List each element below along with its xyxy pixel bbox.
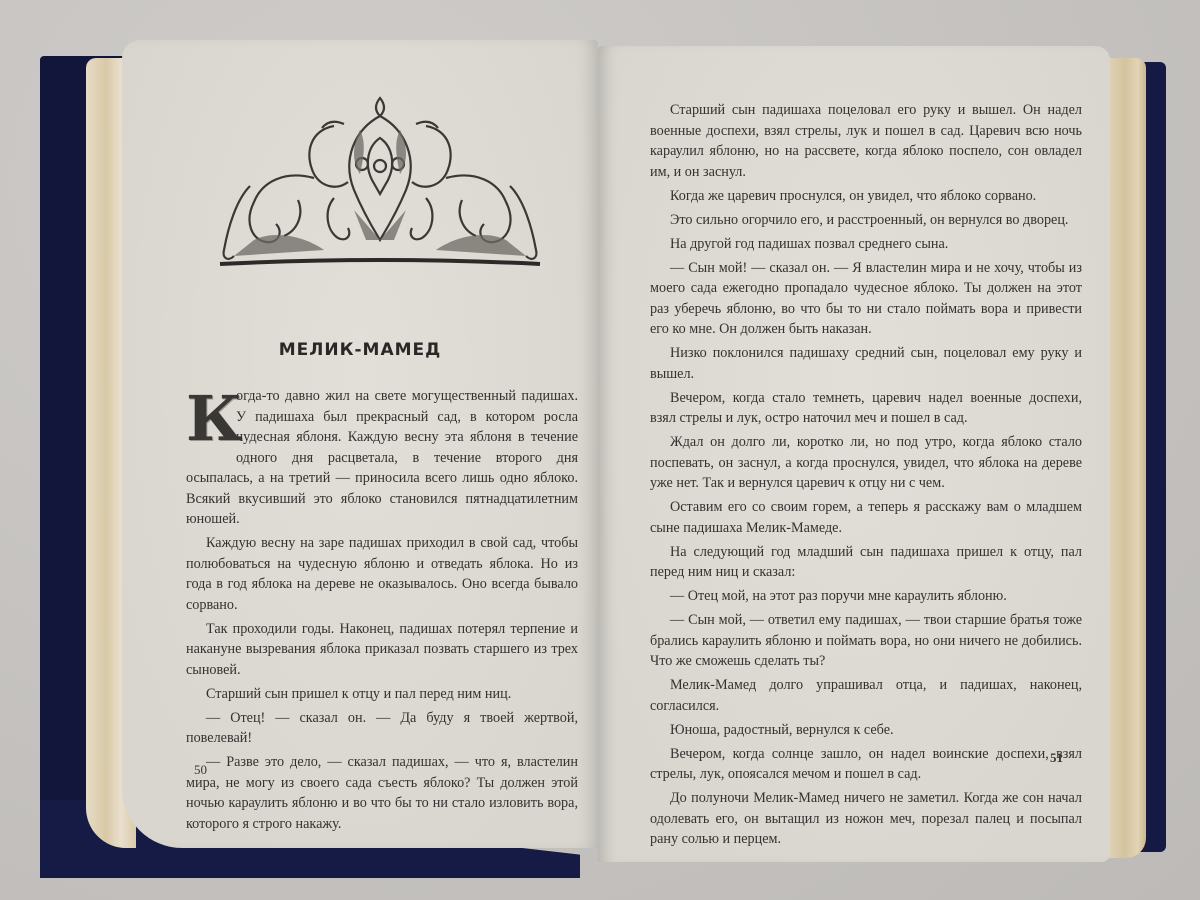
right-page: Старший сын падишаха поцеловал его руку … — [598, 46, 1110, 862]
paragraph: — Сын мой, — ответил ему падишах, — твои… — [650, 610, 1082, 672]
page-edges-right — [1104, 58, 1146, 858]
left-page: МЕЛИК-МАМЕД Когда-то давно жил на свете … — [122, 40, 598, 848]
paragraph: Это сильно огорчило его, и расстроенный,… — [650, 210, 1082, 231]
page-number: 50 — [194, 762, 207, 778]
paragraph: Так проходили годы. Наконец, падишах пот… — [186, 619, 578, 681]
paragraph: Вечером, когда солнце зашло, он надел во… — [650, 744, 1082, 785]
paragraph: Ждал он долго ли, коротко ли, но под утр… — [650, 432, 1082, 494]
paragraph: Когда же царевич проснулся, он увидел, ч… — [650, 186, 1082, 207]
drop-cap: К — [186, 388, 230, 450]
chapter-title: МЕЛИК-МАМЕД — [122, 340, 598, 360]
paragraph: На следующий год младший сын падишаха пр… — [650, 542, 1082, 583]
paragraph: Старший сын пришел к отцу и пал перед ни… — [186, 684, 578, 705]
page-number: 51 — [1050, 750, 1063, 766]
paragraph: Мелик-Мамед долго упрашивал отца, и пади… — [650, 675, 1082, 716]
paragraph: Низко поклонился падишаху средний сын, п… — [650, 343, 1082, 384]
paragraph: — Отец мой, на этот раз поручи мне карау… — [650, 586, 1082, 607]
paragraph: Оставим его со своим горем, а теперь я р… — [650, 497, 1082, 538]
paragraph: Каждую весну на заре падишах приходил в … — [186, 533, 578, 615]
paragraph: — Сын мой! — сказал он. — Я властелин ми… — [650, 258, 1082, 340]
right-page-text: Старший сын падишаха поцеловал его руку … — [650, 100, 1082, 853]
ornament-headpiece-icon — [214, 90, 546, 276]
paragraph: На другой год падишах позвал среднего сы… — [650, 234, 1082, 255]
paragraph: Вечером, когда стало темнеть, царевич на… — [650, 388, 1082, 429]
paragraph: Когда-то давно жил на свете могущественн… — [186, 386, 578, 530]
paragraph: — Отец! — сказал он. — Да буду я твоей ж… — [186, 708, 578, 749]
paragraph: — Разве это дело, — сказал падишах, — чт… — [186, 752, 578, 834]
paragraph: Старший сын падишаха поцеловал его руку … — [650, 100, 1082, 182]
left-page-text: Когда-то давно жил на свете могущественн… — [186, 386, 578, 838]
paragraph: Юноша, радостный, вернулся к себе. — [650, 720, 1082, 741]
paragraph: До полуночи Мелик-Мамед ничего не замети… — [650, 788, 1082, 850]
